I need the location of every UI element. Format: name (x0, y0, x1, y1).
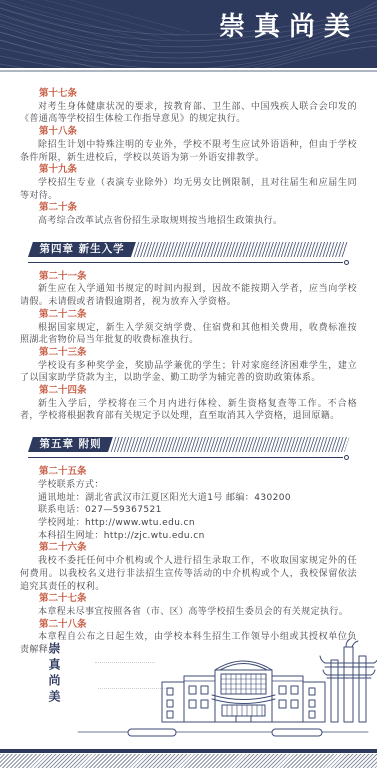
article-number: 第二十二条 (20, 309, 357, 322)
article-text: 除招生计划中特殊注明的专业外，学校不限考生应试外语语种，但由于学校条件所限，新生… (20, 139, 357, 164)
page-footer: 崇真尚美 (0, 632, 377, 768)
article-text: 高考综合改革试点省份招生录取规则按当地招生政策执行。 (20, 215, 357, 228)
article-text: 本章程未尽事宜按照各省（市、区）高等学校招生委员会的有关规定执行。 (20, 606, 357, 619)
campus-gate (320, 639, 377, 722)
article-number: 第二十七条 (20, 593, 357, 606)
chapter-title: 第四章 新生入学 (39, 243, 124, 256)
page-header: 崇真尚美 (0, 0, 377, 68)
contact-address: 通讯地址：湖北省武汉市江夏区阳光大道1号 邮编：430200 (20, 492, 357, 505)
article-text: 我校不委托任何中介机构或个人进行招生录取工作，不收取国家规定外的任何费用。以我校… (20, 555, 357, 593)
article: 第二十二条 根据国家规定，新生入学须交纳学费、住宿费和其他相关费用，收费标准按照… (20, 309, 357, 347)
school-motto-header: 崇真尚美 (219, 14, 359, 40)
contact-admissions-site: 本科招生网址：http://zjc.wtu.edu.cn (20, 530, 357, 543)
article-number: 第二十四条 (20, 385, 357, 398)
article-number: 第二十六条 (20, 542, 357, 555)
article-text: 对考生身体健康状况的要求，按教育部、卫生部、中国残疾人联合会印发的《普通高等学校… (20, 101, 357, 126)
chapter-title: 第五章 附则 (39, 438, 101, 451)
bottom-hatch-band (0, 754, 377, 768)
article: 第十九条 学校招生专业（表演专业除外）均无男女比例限制，且对往届生和应届生同等对… (20, 164, 357, 202)
article-number: 第二十条 (20, 202, 357, 215)
article-number: 第二十八条 (20, 619, 357, 632)
banner-hatch-stripes (134, 242, 350, 257)
campus-illustration (0, 632, 377, 747)
article-number: 第十九条 (20, 164, 357, 177)
banner-underline (28, 260, 349, 265)
article: 第十七条 对考生身体健康状况的要求，按教育部、卫生部、中国残疾人联合会印发的《普… (20, 88, 357, 126)
bottom-navy-bar (0, 749, 377, 753)
rule-end-dot (344, 260, 349, 265)
article-number: 第十八条 (20, 126, 357, 139)
article-text: 根据国家规定，新生入学须交纳学费、住宿费和其他相关费用，收费标准按照湖北省物价局… (20, 322, 357, 347)
article-number: 第二十一条 (20, 271, 357, 284)
article: 第二十三条 学校设有多种奖学金，奖励品学兼优的学生；针对家庭经济困难学生，建立了… (20, 347, 357, 385)
contact-intro: 学校联系方式： (20, 479, 357, 492)
article-text: 新生应在入学通知书规定的时间内报到，因故不能按期入学者，应当向学校请假。未请假或… (20, 283, 357, 308)
banner-underline (28, 455, 349, 460)
article-text: 学校设有多种奖学金，奖励品学兼优的学生；针对家庭经济困难学生，建立了以国家助学贷… (20, 360, 357, 385)
article: 第二十五条 学校联系方式： 通讯地址：湖北省武汉市江夏区阳光大道1号 邮编：43… (20, 466, 357, 542)
article: 第二十六条 我校不委托任何中介机构或个人进行招生录取工作，不收取国家规定外的任何… (20, 542, 357, 593)
banner-hatch-stripes (111, 437, 350, 452)
article-text: 新生入学后，学校将在三个月内进行体检、新生资格复查等工作。不合格者，学校将根据教… (20, 398, 357, 423)
article-number: 第十七条 (20, 88, 357, 101)
charter-content: 第十七条 对考生身体健康状况的要求，按教育部、卫生部、中国残疾人联合会印发的《普… (0, 88, 377, 657)
article: 第二十七条 本章程未尽事宜按照各省（市、区）高等学校招生委员会的有关规定执行。 (20, 593, 357, 618)
article-number: 第二十五条 (20, 466, 357, 479)
contact-phone: 联系电话：027—59367521 (20, 504, 357, 517)
article-number: 第二十三条 (20, 347, 357, 360)
article: 第二十四条 新生入学后，学校将在三个月内进行体检、新生资格复查等工作。不合格者，… (20, 385, 357, 423)
chapter-banner-4: 第四章 新生入学 (28, 242, 349, 265)
chapter-title-box: 第四章 新生入学 (28, 242, 136, 257)
contact-website: 学校网址：http://www.wtu.edu.cn (20, 517, 357, 530)
chapter-title-box: 第五章 附则 (28, 437, 113, 452)
chapter-banner-5: 第五章 附则 (28, 437, 349, 460)
article-text: 学校招生专业（表演专业除外）均无男女比例限制，且对往届生和应届生同等对待。 (20, 177, 357, 202)
header-divider (0, 70, 377, 72)
admission-charter-page: 崇真尚美 第十七条 对考生身体健康状况的要求，按教育部、卫生部、中国残疾人联合会… (0, 0, 377, 768)
article: 第二十一条 新生应在入学通知书规定的时间内报到，因故不能按期入学者，应当向学校请… (20, 271, 357, 309)
article: 第十八条 除招生计划中特殊注明的专业外，学校不限考生应试外语语种，但由于学校条件… (20, 126, 357, 164)
article: 第二十条 高考综合改革试点省份招生录取规则按当地招生政策执行。 (20, 202, 357, 227)
rule-end-dot (344, 455, 349, 460)
